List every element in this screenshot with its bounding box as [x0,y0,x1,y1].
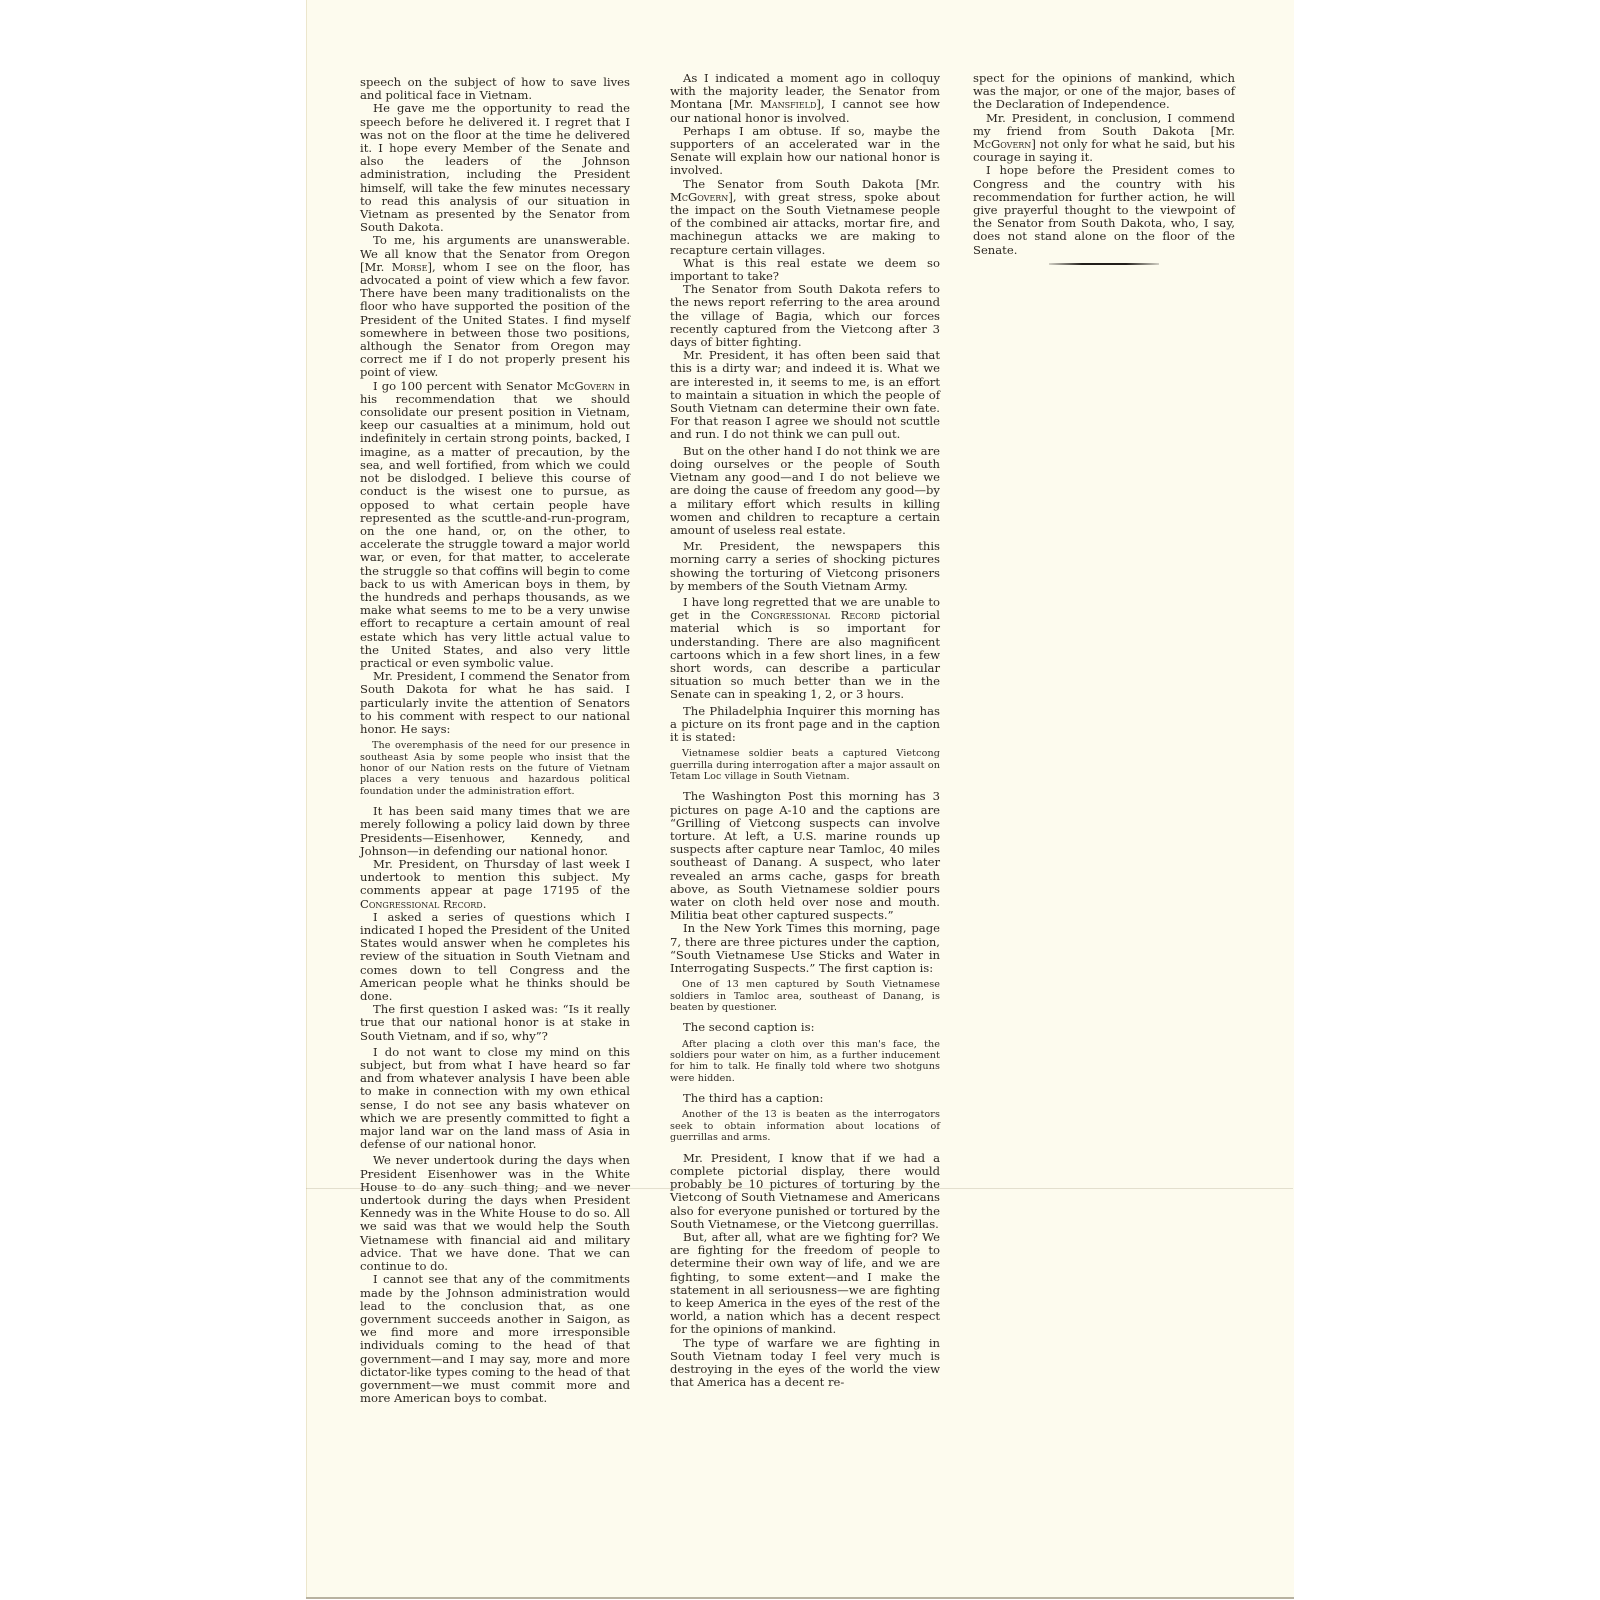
small-caps-name: Mansfield [760,97,816,111]
small-caps-name: Congressional Record [751,608,881,622]
paragraph: But on the other hand I do not think we … [670,445,940,537]
paragraph: The Senator from South Dakota [Mr. McGov… [670,178,940,257]
text-column-3: spect for the opinions of mankind, which… [973,72,1235,265]
paragraph: I go 100 percent with Senator McGovern i… [360,380,630,670]
small-caps-name: Congressional Record [360,897,483,911]
paragraph: The third has a caption: [670,1092,940,1105]
small-caps-name: McGovern [670,190,728,204]
small-caps-name: McGovern [556,379,614,393]
paragraph: Mr. President, I know that if we had a c… [670,1152,940,1231]
small-caps-name: McGovern [973,137,1031,151]
paragraph: I do not want to close my mind on this s… [360,1046,630,1152]
paragraph: In the New York Times this morning, page… [670,922,940,975]
paragraph: He gave me the opportunity to read the s… [360,102,630,234]
paragraph: The type of warfare we are fighting in S… [670,1337,940,1390]
block-quote: Vietnamese soldier beats a captured Viet… [670,748,940,782]
paragraph: Mr. President, it has often been said th… [670,349,940,441]
paragraph: We never undertook during the days when … [360,1154,630,1273]
block-quote: The overemphasis of the need for our pre… [360,740,630,797]
paragraph: Mr. President, the newspapers this morni… [670,540,940,593]
small-caps-name: Morse [392,260,428,274]
paragraph: The first question I asked was: “Is it r… [360,1003,630,1043]
paragraph: spect for the opinions of mankind, which… [973,72,1235,112]
paragraph: I asked a series of questions which I in… [360,911,630,1003]
block-quote: Another of the 13 is beaten as the inter… [670,1109,940,1143]
text-column-1: speech on the subject of how to save liv… [360,76,630,1405]
paragraph: The Philadelphia Inquirer this morning h… [670,705,940,745]
paragraph: As I indicated a moment ago in colloquy … [670,72,940,125]
paragraph: But, after all, what are we fighting for… [670,1231,940,1337]
paragraph: The second caption is: [670,1021,940,1034]
paragraph: Mr. President, on Thursday of last week … [360,858,630,911]
paragraph: I hope before the President comes to Con… [973,164,1235,256]
paragraph: What is this real estate we deem so impo… [670,257,940,283]
block-quote: After placing a cloth over this man's fa… [670,1039,940,1085]
paragraph: The Senator from South Dakota refers to … [670,283,940,349]
paragraph: Mr. President, in conclusion, I commend … [973,112,1235,165]
paragraph: To me, his arguments are unanswerable. W… [360,234,630,379]
paragraph: Perhaps I am obtuse. If so, maybe the su… [670,125,940,178]
paragraph: It has been said many times that we are … [360,805,630,858]
end-rule-divider [1049,263,1159,265]
paragraph: The Washington Post this morning has 3 p… [670,790,940,922]
block-quote: One of 13 men captured by South Vietname… [670,979,940,1013]
paragraph: speech on the subject of how to save liv… [360,76,630,102]
paragraph: I have long regretted that we are unable… [670,596,940,702]
paragraph: I cannot see that any of the commitments… [360,1273,630,1405]
text-column-2: As I indicated a moment ago in colloquy … [670,72,940,1389]
paragraph: Mr. President, I commend the Senator fro… [360,670,630,736]
